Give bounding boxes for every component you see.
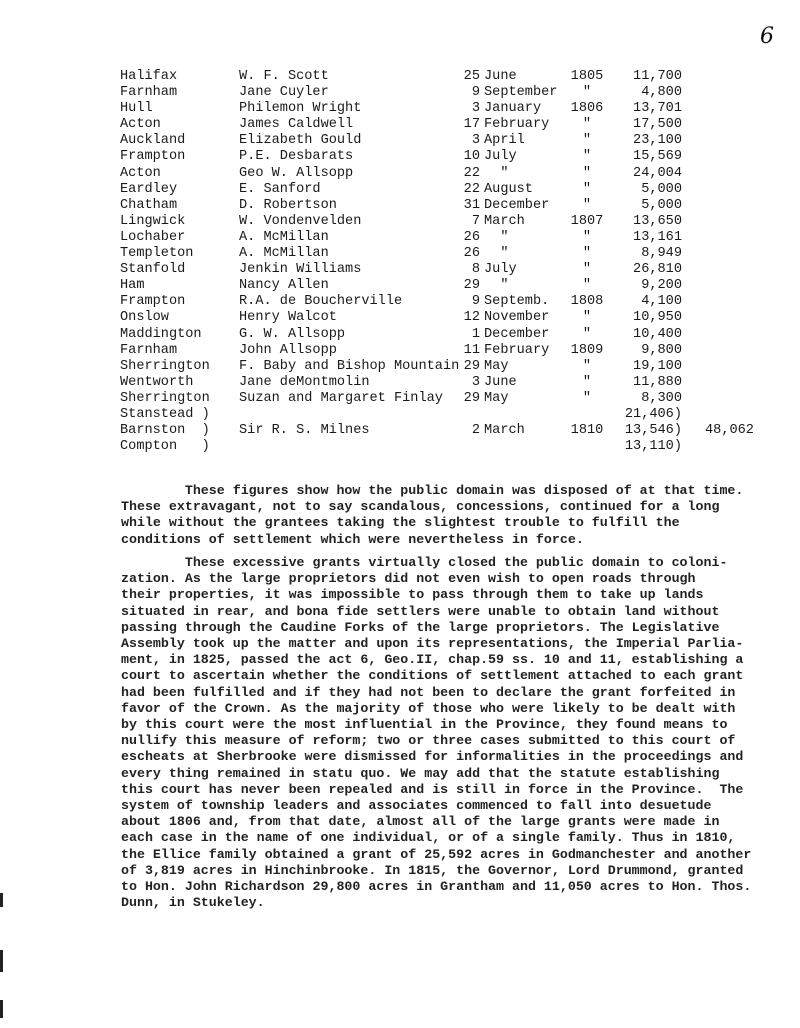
cell-month: June xyxy=(484,375,517,391)
cell-grantee: Jane deMontmolin xyxy=(239,375,370,391)
cell-grantee: P.E. Desbarats xyxy=(239,149,353,165)
cell-township: Frampton xyxy=(120,149,185,165)
cell-year: " xyxy=(568,85,606,101)
text-line: nullify this measure of reform; two or t… xyxy=(121,733,761,749)
cell-acres: 13,161 xyxy=(618,230,682,246)
cell-acres: 13,546) xyxy=(618,423,682,439)
cell-township: Maddington xyxy=(120,327,202,343)
cell-year: " xyxy=(568,182,606,198)
text-line: had been fulfilled and if they had not b… xyxy=(121,685,761,701)
text-line: this court has never been repealed and i… xyxy=(121,782,761,798)
cell-day: 3 xyxy=(456,133,480,149)
cell-township: Frampton xyxy=(120,294,185,310)
cell-grantee: Suzan and Margaret Finlay xyxy=(239,391,443,407)
cell-day: 9 xyxy=(456,294,480,310)
cell-year: " xyxy=(568,359,606,375)
text-line: every thing remained in statu quo. We ma… xyxy=(121,766,761,782)
cell-year: " xyxy=(568,133,606,149)
page-number: 6 xyxy=(760,24,774,49)
cell-acres: 10,950 xyxy=(618,310,682,326)
cell-acres: 21,406) xyxy=(618,407,682,423)
cell-month: April xyxy=(484,133,525,149)
cell-grantee: Sir R. S. Milnes xyxy=(239,423,370,439)
cell-day: 29 xyxy=(456,359,480,375)
cell-day: 7 xyxy=(456,214,480,230)
cell-grantee: W. F. Scott xyxy=(239,69,329,85)
cell-month: June xyxy=(484,69,517,85)
cell-grantee: G. W. Allsopp xyxy=(239,327,345,343)
cell-township: Acton xyxy=(120,166,161,182)
cell-day: 11 xyxy=(456,343,480,359)
text-line: to Hon. John Richardson 29,800 acres in … xyxy=(121,879,761,895)
cell-month: May xyxy=(484,391,508,407)
cell-month: March xyxy=(484,214,525,230)
cell-acres: 5,000 xyxy=(618,182,682,198)
cell-grantee: Jenkin Williams xyxy=(239,262,361,278)
cell-day: 31 xyxy=(456,198,480,214)
cell-acres: 8,300 xyxy=(618,391,682,407)
cell-township: Onslow xyxy=(120,310,169,326)
cell-year: " xyxy=(568,278,606,294)
text-line: the Ellice family obtained a grant of 25… xyxy=(121,847,761,863)
cell-month: May xyxy=(484,359,508,375)
cell-acres: 8,949 xyxy=(618,246,682,262)
cell-grantee: W. Vondenvelden xyxy=(239,214,361,230)
cell-day: 10 xyxy=(456,149,480,165)
cell-year: " xyxy=(568,375,606,391)
cell-grantee: Henry Walcot xyxy=(239,310,337,326)
cell-acres: 19,100 xyxy=(618,359,682,375)
cell-grantee: John Allsopp xyxy=(239,343,337,359)
cell-township: Farnham xyxy=(120,343,177,359)
cell-year: " xyxy=(568,230,606,246)
cell-year: 1806 xyxy=(568,101,606,117)
cell-grantee: Nancy Allen xyxy=(239,278,329,294)
cell-day: 1 xyxy=(456,327,480,343)
cell-township: Sherrington xyxy=(120,391,210,407)
cell-year: " xyxy=(568,327,606,343)
text-line: system of township leaders and associate… xyxy=(121,798,761,814)
cell-month: August xyxy=(484,182,533,198)
cell-year: " xyxy=(568,117,606,133)
cell-township: Barnston ) xyxy=(120,423,210,439)
scan-margin-mark xyxy=(0,1000,3,1018)
cell-month: December xyxy=(484,327,549,343)
cell-day: 29 xyxy=(456,278,480,294)
cell-month: " xyxy=(484,278,508,294)
cell-grantee: E. Sanford xyxy=(239,182,321,198)
cell-day: 2 xyxy=(456,423,480,439)
cell-month: March xyxy=(484,423,525,439)
text-line: their properties, it was impossible to p… xyxy=(121,587,761,603)
cell-day: 12 xyxy=(456,310,480,326)
text-line: ment, in 1825, passed the act 6, Geo.II,… xyxy=(121,652,761,668)
text-line: These excessive grants virtually closed … xyxy=(121,555,761,571)
cell-month: February xyxy=(484,117,549,133)
cell-year: 1810 xyxy=(568,423,606,439)
cell-day: 9 xyxy=(456,85,480,101)
cell-township: Stanstead ) xyxy=(120,407,210,423)
cell-township: Halifax xyxy=(120,69,177,85)
cell-township: Compton ) xyxy=(120,439,210,455)
cell-acres: 24,004 xyxy=(618,166,682,182)
cell-year: " xyxy=(568,198,606,214)
cell-day: 17 xyxy=(456,117,480,133)
cell-day: 22 xyxy=(456,166,480,182)
cell-year: 1809 xyxy=(568,343,606,359)
cell-acres: 17,500 xyxy=(618,117,682,133)
cell-year: 1805 xyxy=(568,69,606,85)
cell-day: 22 xyxy=(456,182,480,198)
cell-day: 3 xyxy=(456,375,480,391)
cell-year: 1808 xyxy=(568,294,606,310)
cell-acres: 4,100 xyxy=(618,294,682,310)
cell-month: Septemb. xyxy=(484,294,549,310)
cell-acres: 5,000 xyxy=(618,198,682,214)
text-line: each case in the name of one individual,… xyxy=(121,830,761,846)
cell-year: " xyxy=(568,149,606,165)
cell-acres: 4,800 xyxy=(618,85,682,101)
cell-acres: 10,400 xyxy=(618,327,682,343)
cell-month: " xyxy=(484,230,508,246)
text-line: situated in rear, and bona fide settlers… xyxy=(121,604,761,620)
cell-acres: 15,569 xyxy=(618,149,682,165)
cell-acres: 9,200 xyxy=(618,278,682,294)
cell-month: February xyxy=(484,343,549,359)
cell-acres: 23,100 xyxy=(618,133,682,149)
cell-day: 8 xyxy=(456,262,480,278)
cell-month: November xyxy=(484,310,549,326)
cell-grantee: Geo W. Allsopp xyxy=(239,166,353,182)
text-line: These figures show how the public domain… xyxy=(121,483,761,499)
cell-year: " xyxy=(568,310,606,326)
text-line: Assembly took up the matter and upon its… xyxy=(121,636,761,652)
cell-acres: 11,700 xyxy=(618,69,682,85)
cell-day: 26 xyxy=(456,230,480,246)
text-line: of 3,819 acres in Hinchinbrooke. In 1815… xyxy=(121,863,761,879)
cell-grantee: James Caldwell xyxy=(239,117,353,133)
cell-acres: 13,701 xyxy=(618,101,682,117)
cell-acres: 11,880 xyxy=(618,375,682,391)
cell-day: 26 xyxy=(456,246,480,262)
cell-month: September xyxy=(484,85,557,101)
text-line: court to ascertain whether the condition… xyxy=(121,668,761,684)
cell-acres: 9,800 xyxy=(618,343,682,359)
text-line: conditions of settlement which were neve… xyxy=(121,532,761,548)
cell-township: Acton xyxy=(120,117,161,133)
text-line: Dunn, in Stukeley. xyxy=(121,895,761,911)
cell-township: Sherrington xyxy=(120,359,210,375)
paragraph-excessive-grants: These excessive grants virtually closed … xyxy=(121,555,761,911)
cell-year: " xyxy=(568,391,606,407)
cell-year: " xyxy=(568,246,606,262)
cell-year: 1807 xyxy=(568,214,606,230)
cell-grantee: R.A. de Boucherville xyxy=(239,294,402,310)
text-line: favor of the Crown. As the majority of t… xyxy=(121,701,761,717)
cell-day: 3 xyxy=(456,101,480,117)
cell-acres: 26,810 xyxy=(618,262,682,278)
paragraph-figures-summary: These figures show how the public domain… xyxy=(121,483,761,548)
text-line: escheats at Sherbrooke were dismissed fo… xyxy=(121,749,761,765)
cell-township: Farnham xyxy=(120,85,177,101)
cell-township: Stanfold xyxy=(120,262,185,278)
text-line: zation. As the large proprietors did not… xyxy=(121,571,761,587)
cell-township: Ham xyxy=(120,278,144,294)
cell-township: Eardley xyxy=(120,182,177,198)
scan-margin-mark xyxy=(0,950,3,972)
cell-grantee: A. McMillan xyxy=(239,230,329,246)
cell-month: " xyxy=(484,166,508,182)
cell-grantee: F. Baby and Bishop Mountain xyxy=(239,359,459,375)
cell-day: 29 xyxy=(456,391,480,407)
cell-township: Templeton xyxy=(120,246,193,262)
cell-grantee: Philemon Wright xyxy=(239,101,361,117)
cell-day: 25 xyxy=(456,69,480,85)
text-line: passing through the Caudine Forks of the… xyxy=(121,620,761,636)
cell-township: Auckland xyxy=(120,133,185,149)
cell-township: Wentworth xyxy=(120,375,193,391)
cell-township: Lochaber xyxy=(120,230,185,246)
cell-township: Chatham xyxy=(120,198,177,214)
cell-total: 48,062 xyxy=(705,423,754,439)
text-line: while without the grantees taking the sl… xyxy=(121,515,761,531)
cell-township: Hull xyxy=(120,101,153,117)
cell-acres: 13,650 xyxy=(618,214,682,230)
cell-grantee: A. McMillan xyxy=(239,246,329,262)
cell-year: " xyxy=(568,262,606,278)
cell-month: " xyxy=(484,246,508,262)
cell-grantee: D. Robertson xyxy=(239,198,337,214)
cell-month: December xyxy=(484,198,549,214)
text-line: about 1806 and, from that date, almost a… xyxy=(121,814,761,830)
cell-grantee: Elizabeth Gould xyxy=(239,133,361,149)
cell-year: " xyxy=(568,166,606,182)
cell-month: January xyxy=(484,101,541,117)
text-line: by this court were the most influential … xyxy=(121,717,761,733)
cell-township: Lingwick xyxy=(120,214,185,230)
text-line: These extravagant, not to say scandalous… xyxy=(121,499,761,515)
cell-month: July xyxy=(484,149,517,165)
scan-margin-mark xyxy=(0,893,3,907)
cell-month: July xyxy=(484,262,517,278)
cell-grantee: Jane Cuyler xyxy=(239,85,329,101)
cell-acres: 13,110) xyxy=(618,439,682,455)
